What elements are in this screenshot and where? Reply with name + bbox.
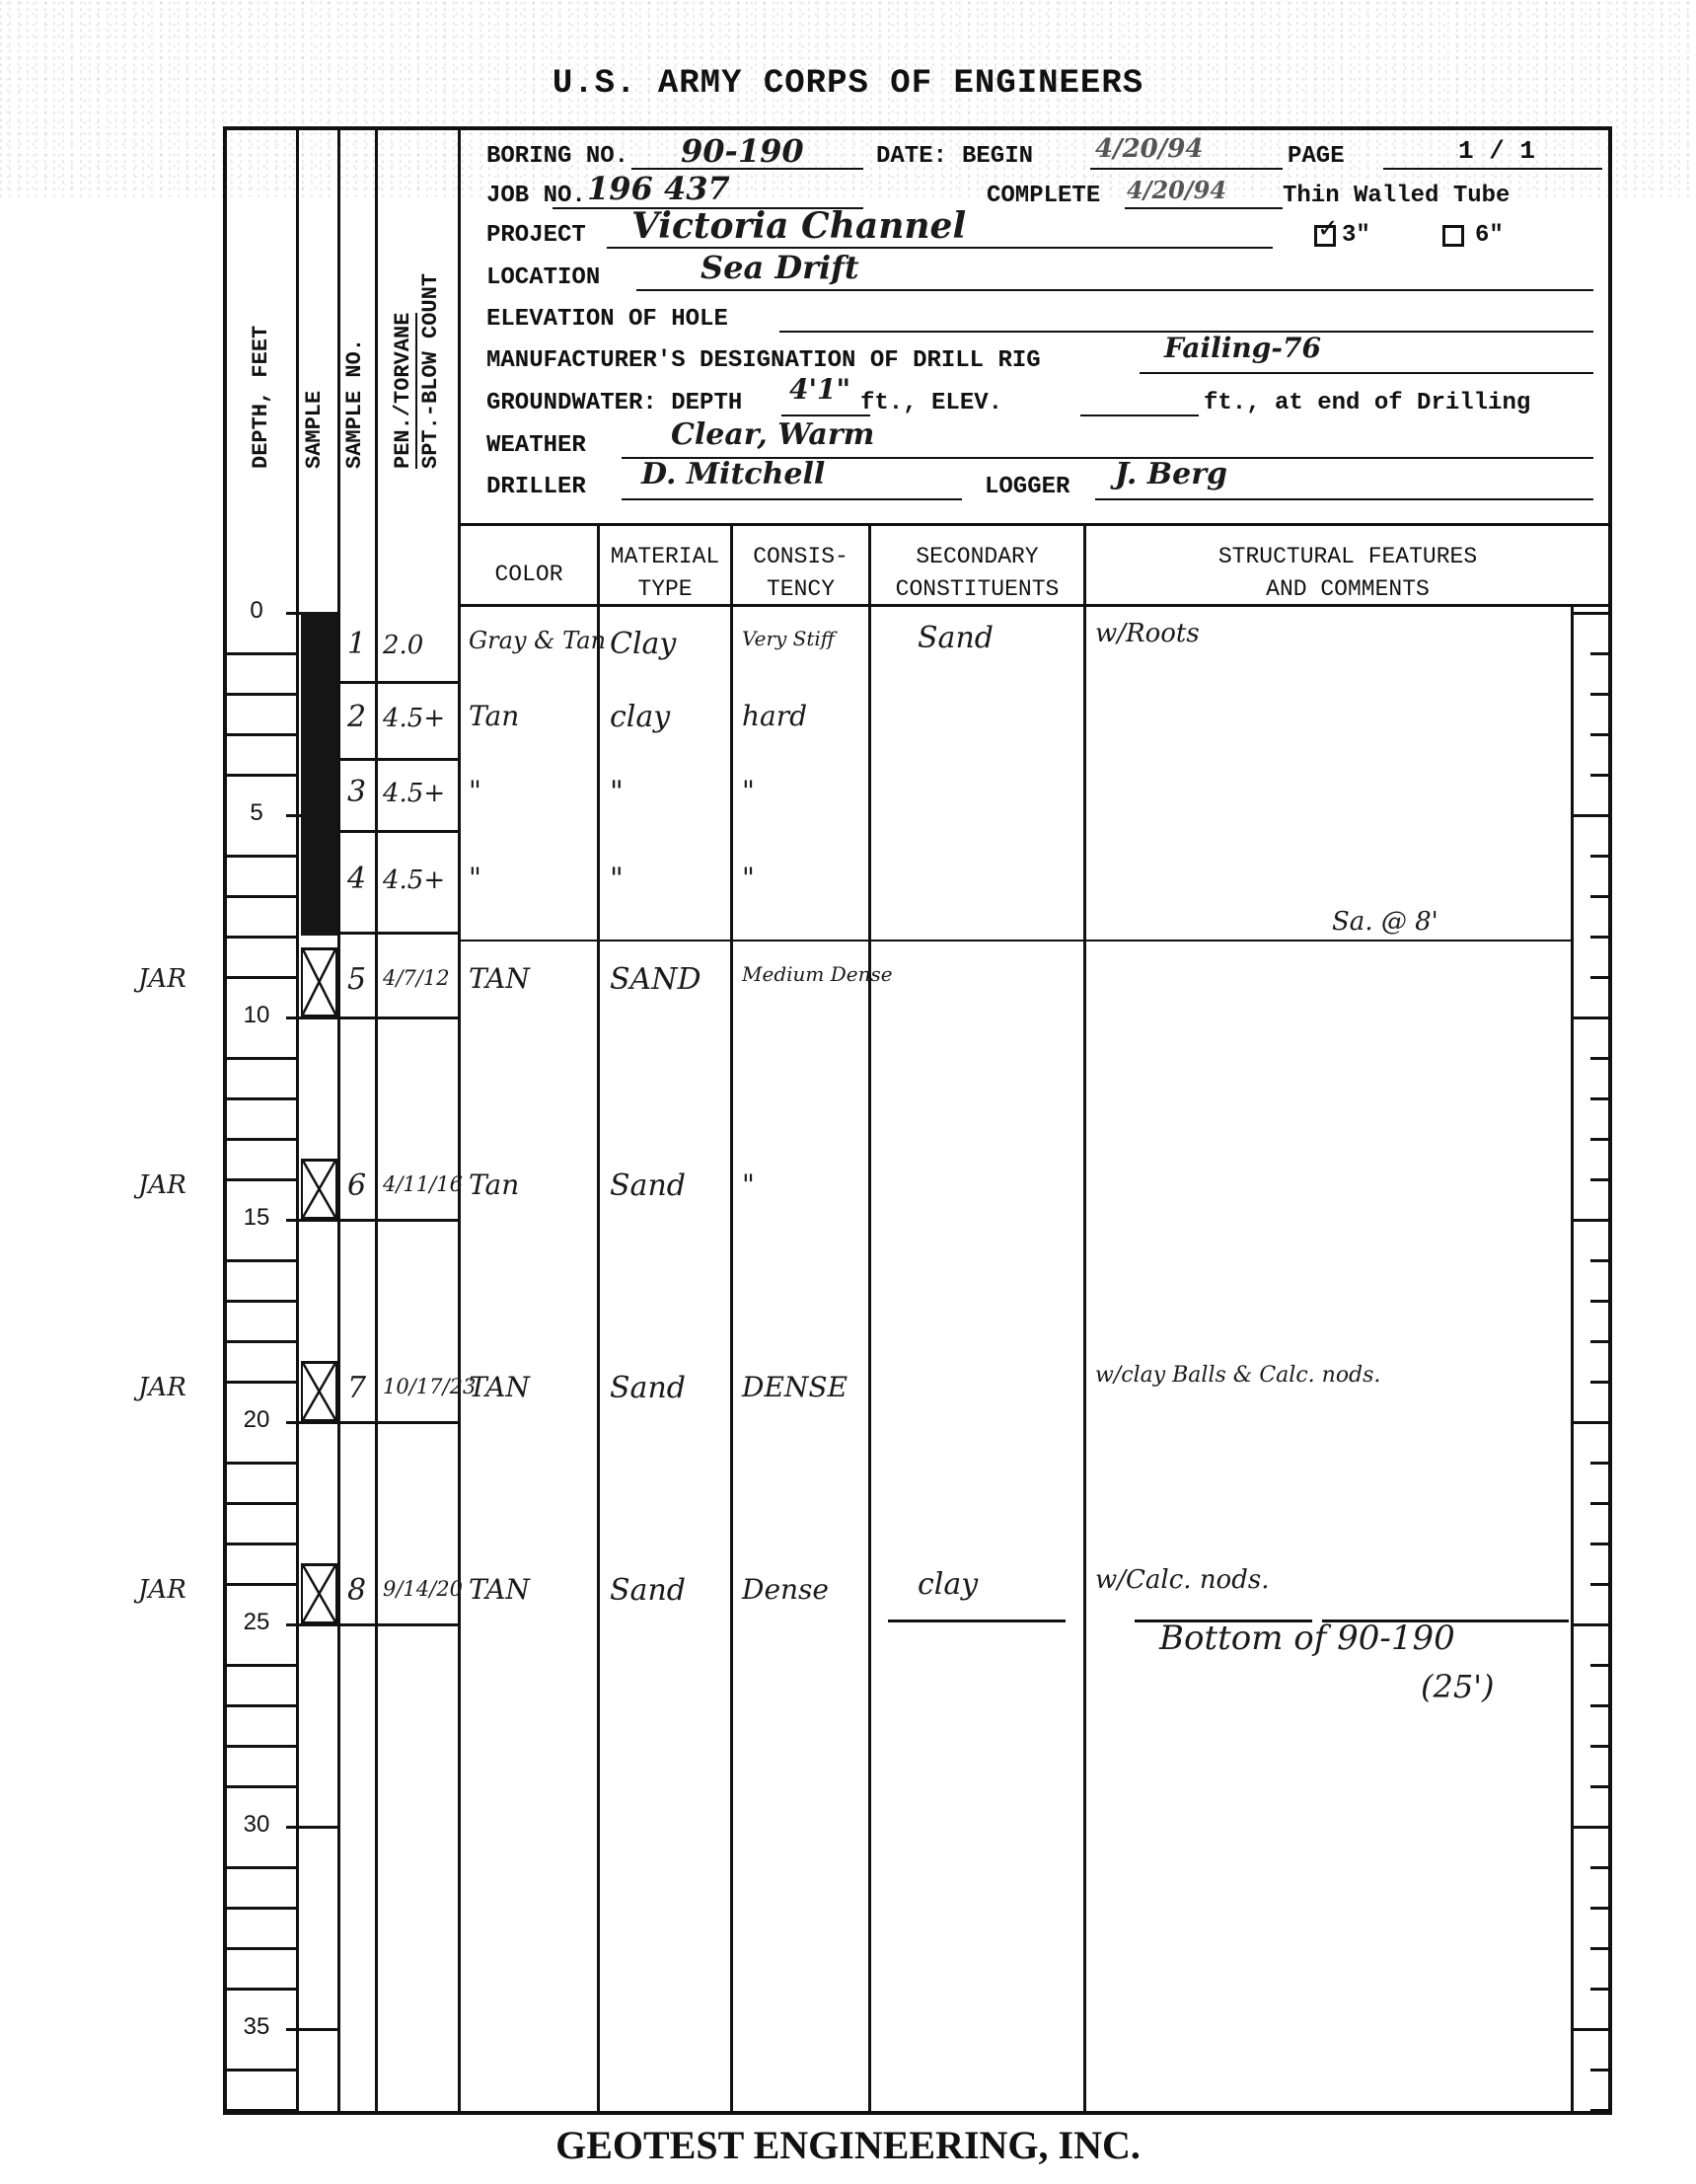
depth-grid-line: [227, 1462, 296, 1465]
tube-3in-checkbox[interactable]: ✓: [1314, 225, 1336, 247]
col-header-structural-1: STRUCTURAL FEATURES: [1086, 540, 1609, 573]
jar-annotation: JAR: [138, 1373, 186, 1402]
right-ruler-tick: [1590, 1583, 1610, 1586]
right-ruler-tick: [1590, 1988, 1610, 1991]
depth-grid-line: [227, 1138, 296, 1141]
depth-grid-line: [227, 1988, 296, 1991]
col-divider-sample-no: [375, 126, 378, 2115]
col-divider-depth: [296, 126, 299, 2115]
col-header-material-2: TYPE: [600, 572, 730, 606]
pen-blow-count: 10/17/23: [383, 1375, 476, 1398]
jar-annotation: JAR: [138, 1575, 186, 1605]
begin-value: 4/20/94: [1095, 134, 1203, 164]
split-spoon-sample-icon: [301, 947, 337, 1017]
pen-blow-count: 4/7/12: [383, 966, 450, 990]
sample-interval-rule: [337, 681, 458, 684]
sample-interval-top-rule: [301, 1159, 337, 1162]
pen-blow-count: 4/11/16: [383, 1172, 463, 1196]
drill-rig-line: [1140, 372, 1593, 374]
complete-value: 4/20/94: [1127, 176, 1226, 204]
consistency-value: ": [742, 862, 755, 894]
depth-tick-label: 35: [227, 2013, 286, 2041]
location-value: Sea Drift: [701, 249, 859, 286]
drill-rig-value: Failing-76: [1164, 332, 1321, 364]
right-ruler-tick: [1590, 693, 1610, 696]
depth-grid-line: [227, 1704, 296, 1707]
right-ruler-tick: [1590, 1947, 1610, 1950]
sample-interval-top-rule: [301, 1361, 337, 1364]
right-ruler-tick: [1590, 1340, 1610, 1343]
right-ruler-tick: [1590, 1745, 1610, 1748]
sample-number: 3: [347, 775, 366, 809]
right-ruler-tick: [1590, 774, 1610, 777]
sample-number: 2: [347, 700, 366, 734]
sample-interval-top-rule: [301, 1563, 337, 1566]
depth-grid-line: [227, 1259, 296, 1262]
sample-number: 5: [347, 962, 366, 997]
col-header-sample: SAMPLE: [302, 391, 327, 469]
depth-grid-line: [227, 1543, 296, 1545]
driller-label: DRILLER: [486, 474, 586, 500]
begin-line: [1090, 168, 1283, 170]
depth-tick-label: 5: [227, 799, 286, 827]
color-value: TAN: [469, 1573, 530, 1606]
sample-interval-rule: [337, 1623, 458, 1626]
right-ruler-tick: [1590, 2109, 1610, 2112]
right-ruler-tick: [1590, 1664, 1610, 1667]
depth-grid-line: [227, 936, 296, 939]
weather-label: WEATHER: [486, 432, 586, 459]
drill-rig-label: MANUFACTURER'S DESIGNATION OF DRILL RIG: [486, 347, 1041, 374]
sample-number: 1: [347, 627, 366, 661]
col-header-color: COLOR: [461, 558, 597, 591]
tube-6in-label: 6": [1475, 222, 1504, 249]
ft-elev-label: ft., ELEV.: [860, 390, 1002, 416]
right-ruler-tick: [1590, 936, 1610, 939]
depth-grid-line: [227, 1057, 296, 1060]
split-spoon-sample-icon: [301, 1159, 337, 1220]
page-label: PAGE: [1288, 143, 1345, 170]
page-value: 1 / 1: [1458, 136, 1535, 166]
location-label: LOCATION: [486, 264, 600, 291]
consistency-value: ": [742, 775, 755, 807]
depth-grid-line: [227, 1907, 296, 1910]
right-ruler-tick: [1590, 1381, 1610, 1384]
boring-no-label: BORING NO.: [486, 143, 628, 170]
depth-grid-line: [227, 652, 296, 655]
consistency-value: hard: [742, 700, 807, 732]
depth-grid-line: [227, 2069, 296, 2071]
groundwater-depth-line: [781, 414, 870, 416]
depth-grid-line: [227, 2109, 296, 2112]
color-value: ": [469, 775, 481, 807]
material-value: SAND: [610, 962, 701, 997]
depth-grid-line: [227, 976, 296, 979]
page-line: [1383, 168, 1602, 170]
sample-interval-rule: [337, 932, 458, 935]
col-divider-consistency: [868, 523, 871, 2115]
sample-number: 6: [347, 1168, 366, 1203]
right-ruler-tick: [1590, 1097, 1610, 1100]
right-ruler-tick: [1590, 1866, 1610, 1869]
comment-value: Sa. @ 8': [1332, 907, 1438, 937]
col-header-consistency-2: TENCY: [733, 572, 868, 606]
sample-interval-top-rule: [301, 947, 337, 950]
tube-label: Thin Walled Tube: [1283, 183, 1510, 209]
consistency-value: Medium Dense: [742, 962, 893, 986]
jar-annotation: JAR: [138, 964, 186, 994]
checkmark-icon: ✓: [1317, 214, 1339, 244]
depth-grid-line: [227, 1947, 296, 1950]
split-spoon-sample-icon: [301, 1361, 337, 1422]
right-ruler-tick: [1590, 1259, 1610, 1262]
material-value: Sand: [610, 1573, 686, 1608]
sample-number: 4: [347, 862, 366, 896]
split-spoon-sample-icon: [301, 1563, 337, 1624]
sample-number: 8: [347, 1573, 366, 1608]
tube-3in-label: 3": [1342, 222, 1370, 249]
pen-blow-count: 4.5+: [383, 704, 445, 733]
right-ruler-tick: [1590, 1543, 1610, 1545]
right-ruler-tick: [1574, 612, 1611, 615]
comment-value: w/Roots: [1095, 619, 1200, 648]
color-value: Tan: [469, 1168, 519, 1201]
right-ruler-tick: [1574, 1219, 1611, 1222]
pen-blow-count: 2.0: [383, 631, 423, 660]
depth-grid-line: [227, 1502, 296, 1505]
consistency-value: Very Stiff: [742, 627, 835, 650]
location-line: [636, 289, 1593, 291]
col-header-structural-2: AND COMMENTS: [1086, 572, 1609, 606]
sample-interval-rule: [337, 758, 458, 761]
sample-interval-rule: [337, 1017, 458, 1019]
groundwater-elev-line: [1080, 414, 1199, 416]
right-ruler-tick: [1574, 1421, 1611, 1424]
sample-interval-rule: [337, 1421, 458, 1424]
right-ruler-tick: [1590, 1907, 1610, 1910]
depth-grid-line: [227, 1381, 296, 1384]
col-header-material-1: MATERIAL: [600, 540, 730, 573]
sample-interval-rule: [337, 1219, 458, 1222]
depth-grid-line: [227, 1340, 296, 1343]
groundwater-label: GROUNDWATER: DEPTH: [486, 390, 742, 416]
col-divider-secondary: [1083, 523, 1086, 2115]
depth-tick-label: 10: [227, 1002, 286, 1029]
sample-interval-rule: [337, 830, 458, 833]
right-ruler-tick: [1590, 1462, 1610, 1465]
logger-value: J. Berg: [1115, 457, 1227, 491]
job-no-label: JOB NO.: [486, 183, 586, 209]
material-value: Sand: [610, 1371, 686, 1405]
driller-line: [622, 498, 962, 500]
color-value: TAN: [469, 1371, 530, 1403]
weather-value: Clear, Warm: [671, 417, 874, 452]
comment-value: w/Calc. nods.: [1095, 1565, 1269, 1595]
right-ruler-tick: [1574, 814, 1611, 817]
begin-label: BEGIN: [962, 143, 1033, 170]
material-value: Clay: [610, 627, 676, 661]
driller-value: D. Mitchell: [641, 457, 825, 491]
depth-grid-line: [227, 774, 296, 777]
comment-value: w/clay Balls & Calc. nods.: [1095, 1363, 1380, 1388]
col-header-depth: DEPTH, FEET: [249, 326, 273, 469]
depth-tick-label: 20: [227, 1406, 286, 1434]
end-of-boring-mark: [888, 1619, 1066, 1622]
right-ruler-tick: [1574, 1017, 1611, 1019]
right-ruler-tick: [1590, 1300, 1610, 1303]
right-ruler-tick: [1590, 2069, 1610, 2071]
material-value: ": [610, 862, 624, 896]
col-divider-material: [730, 523, 733, 2115]
project-value: Victoria Channel: [631, 205, 966, 247]
right-ruler-tick: [1590, 1704, 1610, 1707]
right-ruler-tick: [1590, 1502, 1610, 1505]
secondary-value: clay: [918, 1567, 978, 1602]
col-header-secondary-1: SECONDARY: [871, 540, 1083, 573]
sample-number: 7: [347, 1371, 366, 1405]
complete-label: COMPLETE: [987, 183, 1100, 209]
elevation-label: ELEVATION OF HOLE: [486, 306, 728, 333]
depth-grid-line: [227, 693, 296, 696]
depth-tick-label: 15: [227, 1204, 286, 1232]
depth-grid-line: [227, 895, 296, 898]
material-value: ": [610, 775, 624, 809]
right-ruler-tick: [1590, 652, 1610, 655]
bottom-note-line1: Bottom of 90-190: [1159, 1619, 1455, 1658]
right-ruler-tick: [1574, 1623, 1611, 1626]
col-header-sample-no: SAMPLE NO.: [342, 339, 367, 469]
stratum-boundary-line: [458, 940, 1571, 941]
right-ruler-tick: [1590, 1178, 1610, 1181]
depth-grid-line: [227, 1745, 296, 1748]
boring-no-value: 90-190: [681, 132, 804, 170]
continuous-core-sample-bar: [301, 612, 337, 936]
right-ruler-tick: [1574, 2028, 1611, 2031]
right-ruler-tick: [1590, 976, 1610, 979]
secondary-value: Sand: [918, 621, 994, 655]
footer-company: GEOTEST ENGINEERING, INC.: [0, 2122, 1696, 2168]
right-ruler-tick: [1590, 1138, 1610, 1141]
color-value: Gray & Tan: [469, 627, 606, 654]
right-ruler-tick: [1590, 895, 1610, 898]
color-value: Tan: [469, 700, 519, 732]
col-header-secondary-2: CONSTITUENTS: [871, 572, 1083, 606]
jar-annotation: JAR: [138, 1170, 186, 1200]
material-value: clay: [610, 700, 670, 734]
project-label: PROJECT: [486, 222, 586, 249]
tube-6in-checkbox[interactable]: [1442, 225, 1464, 247]
end-of-drilling-label: ft., at end of Drilling: [1204, 390, 1530, 416]
col-divider-pen: [458, 126, 461, 2115]
col-header-consistency-1: CONSIS-: [733, 540, 868, 573]
color-value: TAN: [469, 962, 530, 995]
right-ruler-tick: [1590, 733, 1610, 736]
table-header-top-rule: [458, 523, 1612, 526]
depth-tick-label: 25: [227, 1609, 286, 1636]
col-header-pen-torvane: PEN./TORVANE: [391, 313, 417, 469]
depth-tick-label: 30: [227, 1811, 286, 1839]
depth-grid-line: [227, 1583, 296, 1586]
depth-tick-label: 0: [227, 597, 286, 625]
depth-grid-line: [227, 1785, 296, 1788]
logger-label: LOGGER: [985, 474, 1069, 500]
consistency-value: ": [742, 1168, 755, 1201]
agency-title: U.S. ARMY CORPS OF ENGINEERS: [0, 65, 1696, 103]
depth-grid-line: [227, 1097, 296, 1100]
pen-blow-count: 4.5+: [383, 779, 445, 808]
depth-grid-line: [227, 1866, 296, 1869]
bottom-note-line2: (25'): [1421, 1668, 1494, 1705]
right-ruler-tick: [1590, 855, 1610, 858]
right-ruler-tick: [1574, 1826, 1611, 1829]
depth-grid-line: [227, 1300, 296, 1303]
pen-blow-count: 9/14/20: [383, 1577, 463, 1601]
depth-grid-line: [227, 1178, 296, 1181]
date-label: DATE:: [876, 143, 947, 170]
job-no-value: 196 437: [587, 170, 730, 207]
material-value: Sand: [610, 1168, 686, 1203]
right-scale-divider: [1571, 604, 1574, 2115]
consistency-value: Dense: [742, 1573, 829, 1606]
complete-line: [1125, 207, 1283, 209]
col-divider-sample: [337, 126, 340, 2115]
col-header-spt-blow: SPT.-BLOW COUNT: [418, 273, 443, 469]
groundwater-depth-value: 4'1": [789, 373, 850, 406]
pen-blow-count: 4.5+: [383, 866, 445, 895]
depth-grid-line: [227, 1664, 296, 1667]
color-value: ": [469, 862, 481, 894]
col-divider-color: [597, 523, 600, 2115]
depth-grid-line: [227, 733, 296, 736]
logger-line: [1095, 498, 1593, 500]
depth-grid-line: [227, 855, 296, 858]
right-ruler-tick: [1590, 1057, 1610, 1060]
consistency-value: DENSE: [742, 1371, 848, 1403]
right-ruler-tick: [1590, 1785, 1610, 1788]
